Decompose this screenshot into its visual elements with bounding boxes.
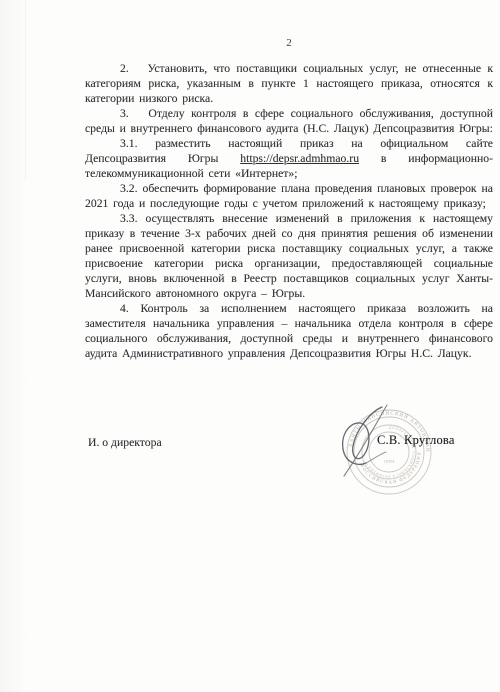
paragraph-item-3-3: 3.3. осуществлять внесение изменений в п…	[85, 211, 493, 301]
paragraph-item-3: 3. Отделу контроля в сфере социального о…	[85, 106, 493, 136]
page-number: 2	[85, 37, 493, 49]
paragraph-item-4: 4. Контроль за исполнением настоящего пр…	[85, 301, 493, 361]
scan-edge-artifact	[25, 0, 26, 180]
document-body: 2. Установить, что поставщики социальных…	[85, 61, 493, 361]
paragraph-item-3-2: 3.2. обеспечить формирование плана прове…	[85, 181, 493, 211]
paragraph-item-2: 2. Установить, что поставщики социальных…	[85, 61, 493, 106]
signatory-name: С.В. Круглова	[377, 433, 455, 448]
scanned-document-page: 2 2. Установить, что поставщики социальн…	[0, 0, 500, 692]
depsr-url-link[interactable]: https://depsr.admhmao.ru	[240, 152, 359, 165]
paragraph-item-3-1: 3.1. разместить настоящий приказ на офиц…	[85, 136, 493, 181]
signatory-position-label: И. о директора	[88, 436, 162, 449]
